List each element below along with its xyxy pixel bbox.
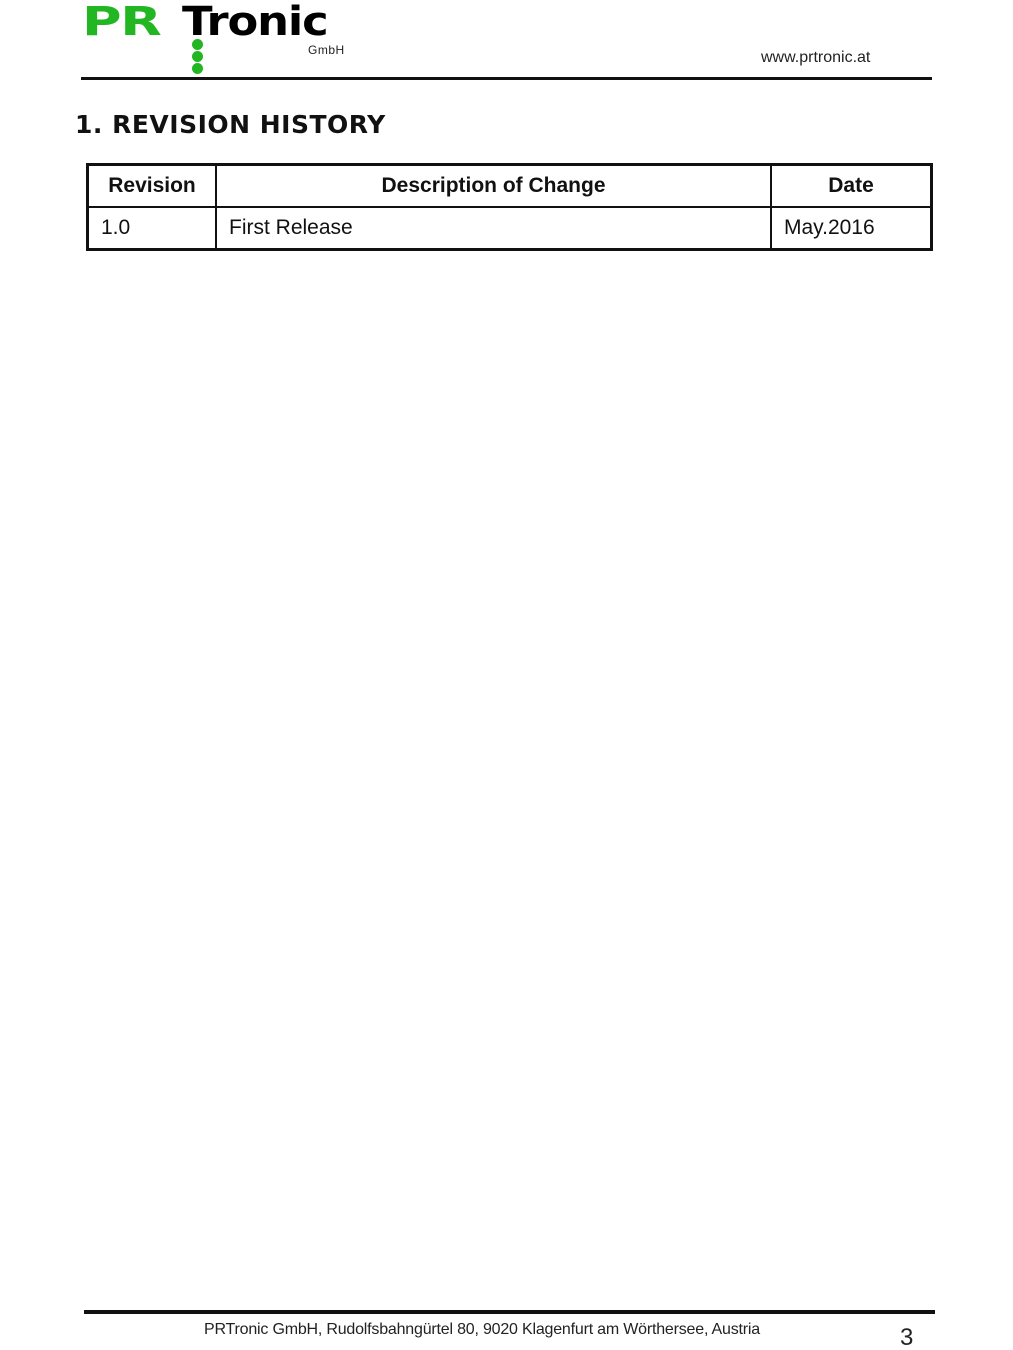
logo-dot-icon: [192, 51, 203, 62]
table-row: 1.0 First Release May.2016: [88, 207, 932, 250]
company-logo: PR Tronic GmbH: [82, 2, 372, 74]
cell-revision: 1.0: [88, 207, 217, 250]
footer-divider: [84, 1310, 935, 1314]
cell-date: May.2016: [771, 207, 932, 250]
column-header-description: Description of Change: [216, 165, 771, 208]
column-header-date: Date: [771, 165, 932, 208]
page-number: 3: [900, 1324, 913, 1350]
logo-text-gmbh: GmbH: [308, 43, 345, 57]
table-header-row: Revision Description of Change Date: [88, 165, 932, 208]
logo-dot-icon: [192, 39, 203, 50]
column-header-revision: Revision: [88, 165, 217, 208]
logo-dot-icon: [192, 63, 203, 74]
website-url: www.prtronic.at: [761, 49, 870, 67]
cell-description: First Release: [216, 207, 771, 250]
footer-address: PRTronic GmbH, Rudolfsbahngürtel 80, 902…: [204, 1321, 760, 1339]
section-title: 1. REVISION HISTORY: [75, 110, 386, 139]
header-divider: [81, 77, 932, 80]
revision-history-table: Revision Description of Change Date 1.0 …: [86, 163, 933, 251]
logo-text-tronic: Tronic: [182, 2, 328, 42]
logo-text-pr: PR: [82, 2, 160, 42]
